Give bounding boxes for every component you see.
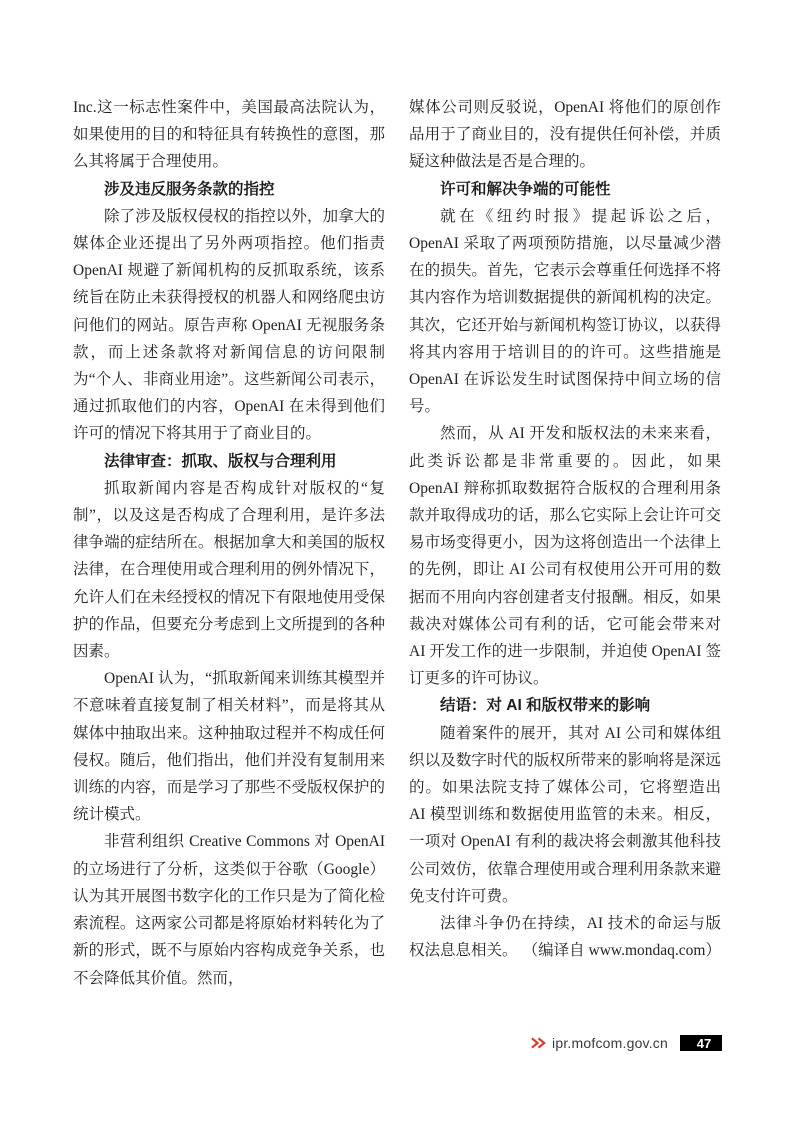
double-chevron-icon <box>530 1037 547 1049</box>
paragraph: 法律斗争仍在持续，AI 技术的命运与版权法息息相关。 （编译自 www.mond… <box>409 910 721 964</box>
section-heading: 涉及违反服务条款的指控 <box>73 176 385 203</box>
page-footer: ipr.mofcom.gov.cn 47 <box>530 1034 722 1052</box>
article-column-right: 媒体公司则反驳说，OpenAI 将他们的原创作品用于了商业目的，没有提供任何补偿… <box>409 94 721 965</box>
section-heading: 许可和解决争端的可能性 <box>409 176 721 203</box>
paragraph: 非营利组织 Creative Commons 对 OpenAI 的立场进行了分析… <box>73 828 385 991</box>
paragraph: 除了涉及版权侵权的指控以外，加拿大的媒体企业还提出了另外两项指控。他们指责 Op… <box>73 203 385 448</box>
paragraph: 然而，从 AI 开发和版权法的未来来看，此类诉讼都是非常重要的。因此，如果 Op… <box>409 420 721 692</box>
paragraph: OpenAI 认为，“抓取新闻来训练其模型并不意味着直接复制了相关材料”，而是将… <box>73 665 385 828</box>
paragraph: 随着案件的展开，其对 AI 公司和媒体组织以及数字时代的版权所带来的影响将是深远… <box>409 720 721 910</box>
section-heading: 结语：对 AI 和版权带来的影响 <box>409 692 721 719</box>
paragraph: 抓取新闻内容是否构成针对版权的“复制”，以及这是否构成了合理利用，是许多法律争端… <box>73 475 385 665</box>
page-number-badge: 47 <box>680 1035 722 1051</box>
source-attribution: （编译自 www.mondaq.com） <box>523 937 721 964</box>
paragraph: 就在《纽约时报》提起诉讼之后，OpenAI 采取了两项预防措施，以尽量减少潜在的… <box>409 203 721 421</box>
article-column-left: Inc.这一标志性案件中，美国最高法院认为，如果使用的目的和特征具有转换性的意图… <box>73 94 385 992</box>
site-url: ipr.mofcom.gov.cn <box>552 1035 668 1051</box>
paragraph: Inc.这一标志性案件中，美国最高法院认为，如果使用的目的和特征具有转换性的意图… <box>73 94 385 176</box>
paragraph: 媒体公司则反驳说，OpenAI 将他们的原创作品用于了商业目的，没有提供任何补偿… <box>409 94 721 176</box>
document-page: Inc.这一标志性案件中，美国最高法院认为，如果使用的目的和特征具有转换性的意图… <box>0 0 794 1123</box>
section-heading: 法律审查：抓取、版权与合理利用 <box>73 448 385 475</box>
